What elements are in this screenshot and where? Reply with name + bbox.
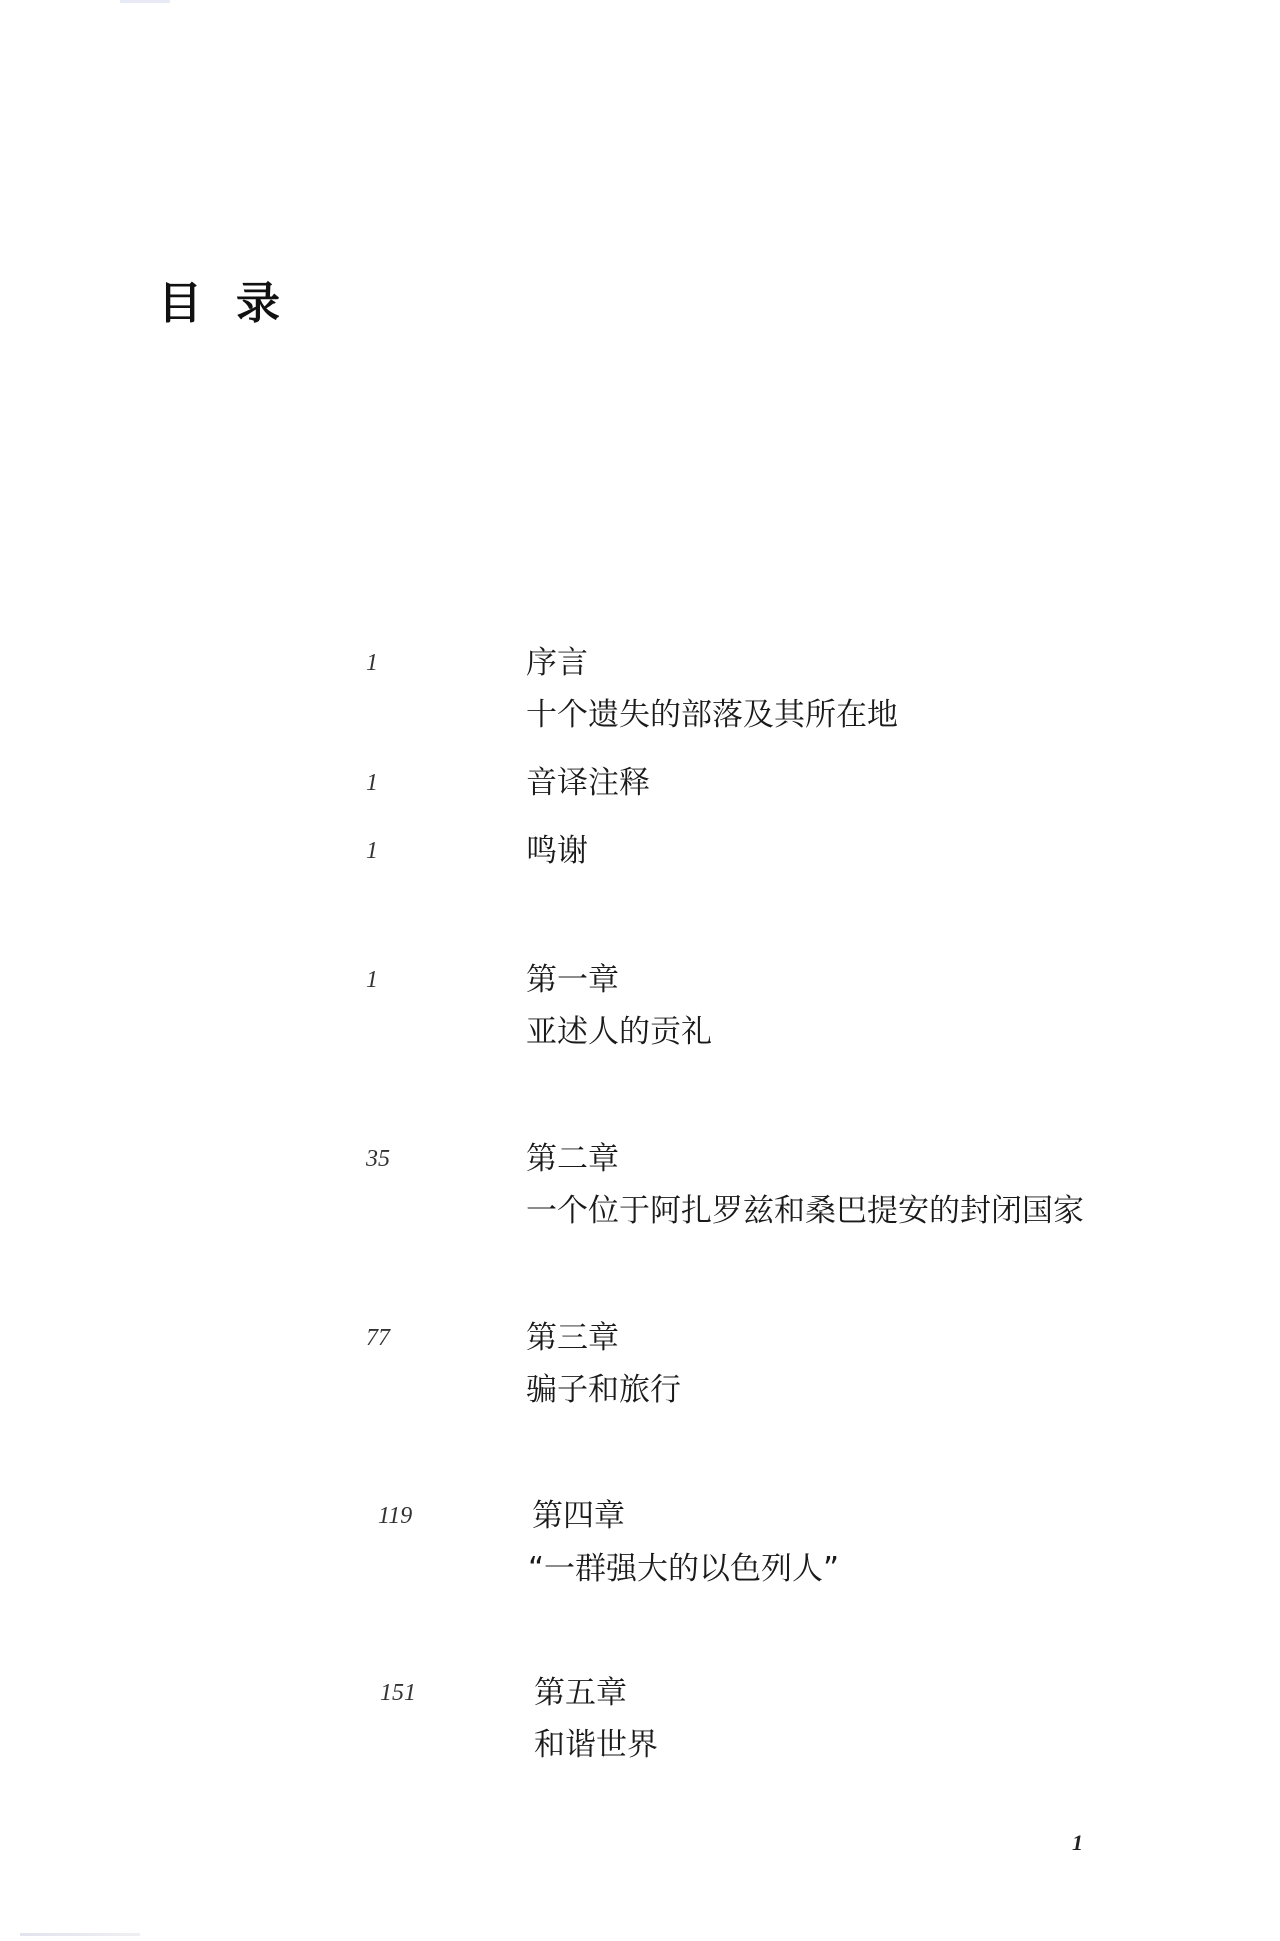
toc-entry-subtitle: 亚述人的贡礼 — [526, 1013, 712, 1051]
toc-page-number: 1 — [366, 764, 378, 802]
toc-page-number: 1 — [366, 961, 378, 999]
toc-page-number: 1 — [366, 832, 378, 870]
toc-page-number: 119 — [378, 1497, 412, 1535]
toc-entry-subtitle: 十个遗失的部落及其所在地 — [526, 696, 898, 734]
toc-page-number: 151 — [380, 1674, 416, 1712]
scan-edge-bottom — [20, 1933, 140, 1936]
page-folio-number: 1 — [1072, 1830, 1083, 1856]
toc-entry-label: 音译注释 — [526, 764, 650, 802]
toc-entry-subtitle: “一群强大的以色列人” — [528, 1550, 839, 1588]
toc-entry-label: 序言 — [526, 644, 588, 682]
toc-page-number: 77 — [366, 1319, 390, 1357]
toc-entry-label: 第一章 — [526, 961, 619, 999]
table-of-contents: 1 序言 十个遗失的部落及其所在地 1 音译注释 1 鸣谢 1 第一章 亚述人的… — [0, 0, 1280, 1941]
toc-entry-label: 第五章 — [534, 1674, 627, 1712]
toc-page-number: 35 — [366, 1140, 390, 1178]
toc-entry-subtitle: 骗子和旅行 — [526, 1371, 681, 1409]
toc-entry-label: 第二章 — [526, 1140, 619, 1178]
toc-entry-label: 第三章 — [526, 1319, 619, 1357]
toc-page-number: 1 — [366, 644, 378, 682]
toc-entry-subtitle: 一个位于阿扎罗兹和桑巴提安的封闭国家 — [526, 1192, 1084, 1230]
toc-entry-label: 鸣谢 — [526, 832, 588, 870]
toc-entry-subtitle: 和谐世界 — [534, 1726, 658, 1764]
toc-entry-label: 第四章 — [532, 1497, 625, 1535]
